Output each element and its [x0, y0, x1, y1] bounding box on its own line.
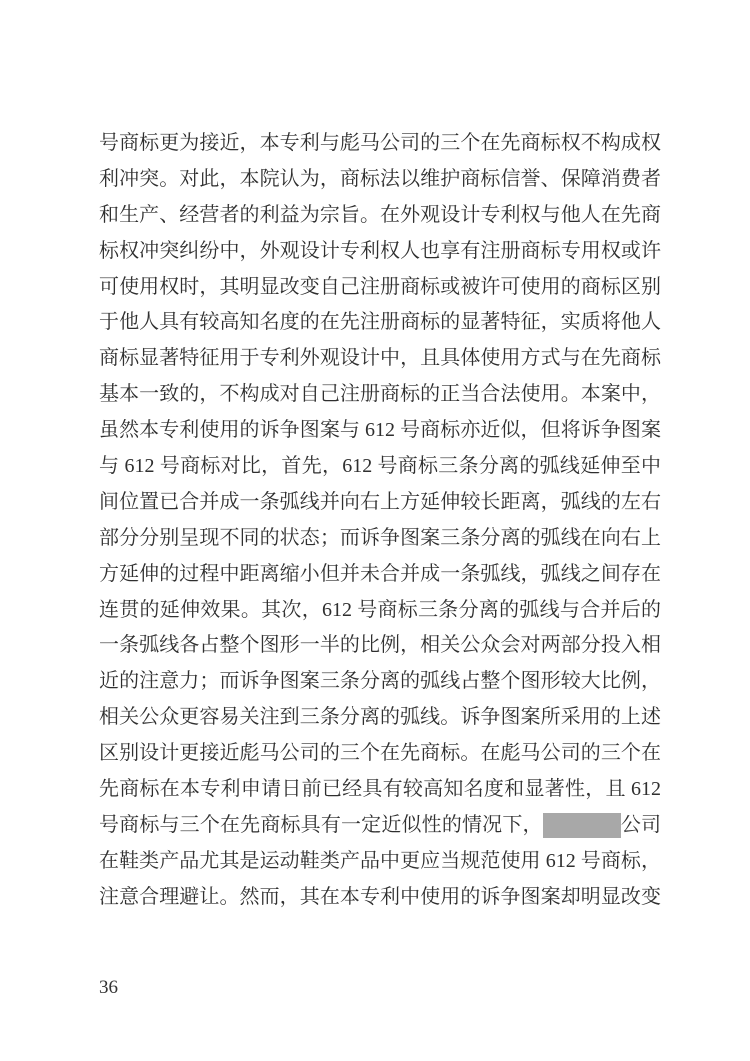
- text-line-22: 注意合理避让。然而，其在本专利中使用的诉争图案却明显改变: [99, 880, 661, 916]
- text-line-3: 和生产、经营者的利益为宗旨。在外观设计专利权与他人在先商: [99, 198, 661, 234]
- text-segment: 和生产、经营者的利益为宗旨。在外观设计专利权与他人在先商: [99, 204, 661, 226]
- redaction-box: [543, 813, 621, 838]
- text-segment: 近的注意力；而诉争图案三条分离的弧线占整个图形较大比例，: [99, 670, 661, 692]
- text-segment: 连贯的延伸效果。其次，612 号商标三条分离的弧线与合并后的: [99, 599, 661, 621]
- text-segment: 号商标与三个在先商标具有一定近似性的情况下，: [99, 814, 543, 836]
- text-line-19: 先商标在本专利申请日前已经具有较高知名度和显著性，且 612: [99, 772, 661, 808]
- text-segment: 虽然本专利使用的诉争图案与 612 号商标亦近似，但将诉争图案: [99, 419, 661, 441]
- text-segment: 方延伸的过程中距离缩小但并未合并成一条弧线，弧线之间存在: [99, 563, 661, 585]
- text-line-6: 于他人具有较高知名度的在先注册商标的显著特征，实质将他人: [99, 305, 661, 341]
- text-line-16: 近的注意力；而诉争图案三条分离的弧线占整个图形较大比例，: [99, 664, 661, 700]
- text-segment: 号商标更为接近，本专利与彪马公司的三个在先商标权不构成权: [99, 132, 661, 154]
- text-segment: 间位置已合并成一条弧线并向右上方延伸较长距离，弧线的左右: [99, 491, 661, 513]
- text-segment: 基本一致的，不构成对自己注册商标的正当合法使用。本案中，: [99, 383, 661, 405]
- text-line-15: 一条弧线各占整个图形一半的比例，相关公众会对两部分投入相: [99, 628, 661, 664]
- text-line-5: 可使用权时，其明显改变自己注册商标或被许可使用的商标区别: [99, 270, 661, 306]
- text-line-10: 与 612 号商标对比，首先，612 号商标三条分离的弧线延伸至中: [99, 449, 661, 485]
- text-line-9: 虽然本专利使用的诉争图案与 612 号商标亦近似，但将诉争图案: [99, 413, 661, 449]
- text-segment: 于他人具有较高知名度的在先注册商标的显著特征，实质将他人: [99, 311, 661, 333]
- text-line-14: 连贯的延伸效果。其次，612 号商标三条分离的弧线与合并后的: [99, 593, 661, 629]
- document-body: 号商标更为接近，本专利与彪马公司的三个在先商标权不构成权利冲突。对此，本院认为，…: [99, 126, 661, 916]
- document-page: 号商标更为接近，本专利与彪马公司的三个在先商标权不构成权利冲突。对此，本院认为，…: [0, 0, 750, 1061]
- text-segment: 部分分别呈现不同的状态；而诉争图案三条分离的弧线在向右上: [99, 527, 661, 549]
- text-segment: 标权冲突纠纷中，外观设计专利权人也享有注册商标专用权或许: [99, 240, 661, 262]
- text-line-8: 基本一致的，不构成对自己注册商标的正当合法使用。本案中，: [99, 377, 661, 413]
- text-segment: 公司: [621, 814, 661, 836]
- text-segment: 注意合理避让。然而，其在本专利中使用的诉争图案却明显改变: [99, 886, 661, 908]
- text-segment: 先商标在本专利申请日前已经具有较高知名度和显著性，且 612: [99, 778, 661, 800]
- text-line-18: 区别设计更接近彪马公司的三个在先商标。在彪马公司的三个在: [99, 736, 661, 772]
- text-segment: 一条弧线各占整个图形一半的比例，相关公众会对两部分投入相: [99, 634, 661, 656]
- text-segment: 利冲突。对此，本院认为，商标法以维护商标信誉、保障消费者: [99, 168, 661, 190]
- text-segment: 可使用权时，其明显改变自己注册商标或被许可使用的商标区别: [99, 276, 661, 298]
- text-line-20: 号商标与三个在先商标具有一定近似性的情况下，公司: [99, 808, 661, 844]
- text-line-1: 号商标更为接近，本专利与彪马公司的三个在先商标权不构成权: [99, 126, 661, 162]
- text-segment: 商标显著特征用于专利外观设计中，且具体使用方式与在先商标: [99, 347, 661, 369]
- text-line-11: 间位置已合并成一条弧线并向右上方延伸较长距离，弧线的左右: [99, 485, 661, 521]
- text-segment: 与 612 号商标对比，首先，612 号商标三条分离的弧线延伸至中: [99, 455, 661, 477]
- text-line-17: 相关公众更容易关注到三条分离的弧线。诉争图案所采用的上述: [99, 700, 661, 736]
- text-line-2: 利冲突。对此，本院认为，商标法以维护商标信誉、保障消费者: [99, 162, 661, 198]
- text-segment: 区别设计更接近彪马公司的三个在先商标。在彪马公司的三个在: [99, 742, 661, 764]
- text-segment: 相关公众更容易关注到三条分离的弧线。诉争图案所采用的上述: [99, 706, 661, 728]
- text-line-7: 商标显著特征用于专利外观设计中，且具体使用方式与在先商标: [99, 341, 661, 377]
- text-segment: 在鞋类产品尤其是运动鞋类产品中更应当规范使用 612 号商标，: [99, 850, 661, 872]
- text-line-4: 标权冲突纠纷中，外观设计专利权人也享有注册商标专用权或许: [99, 234, 661, 270]
- text-line-12: 部分分别呈现不同的状态；而诉争图案三条分离的弧线在向右上: [99, 521, 661, 557]
- text-line-13: 方延伸的过程中距离缩小但并未合并成一条弧线，弧线之间存在: [99, 557, 661, 593]
- page-number: 36: [99, 976, 118, 1000]
- text-line-21: 在鞋类产品尤其是运动鞋类产品中更应当规范使用 612 号商标，: [99, 844, 661, 880]
